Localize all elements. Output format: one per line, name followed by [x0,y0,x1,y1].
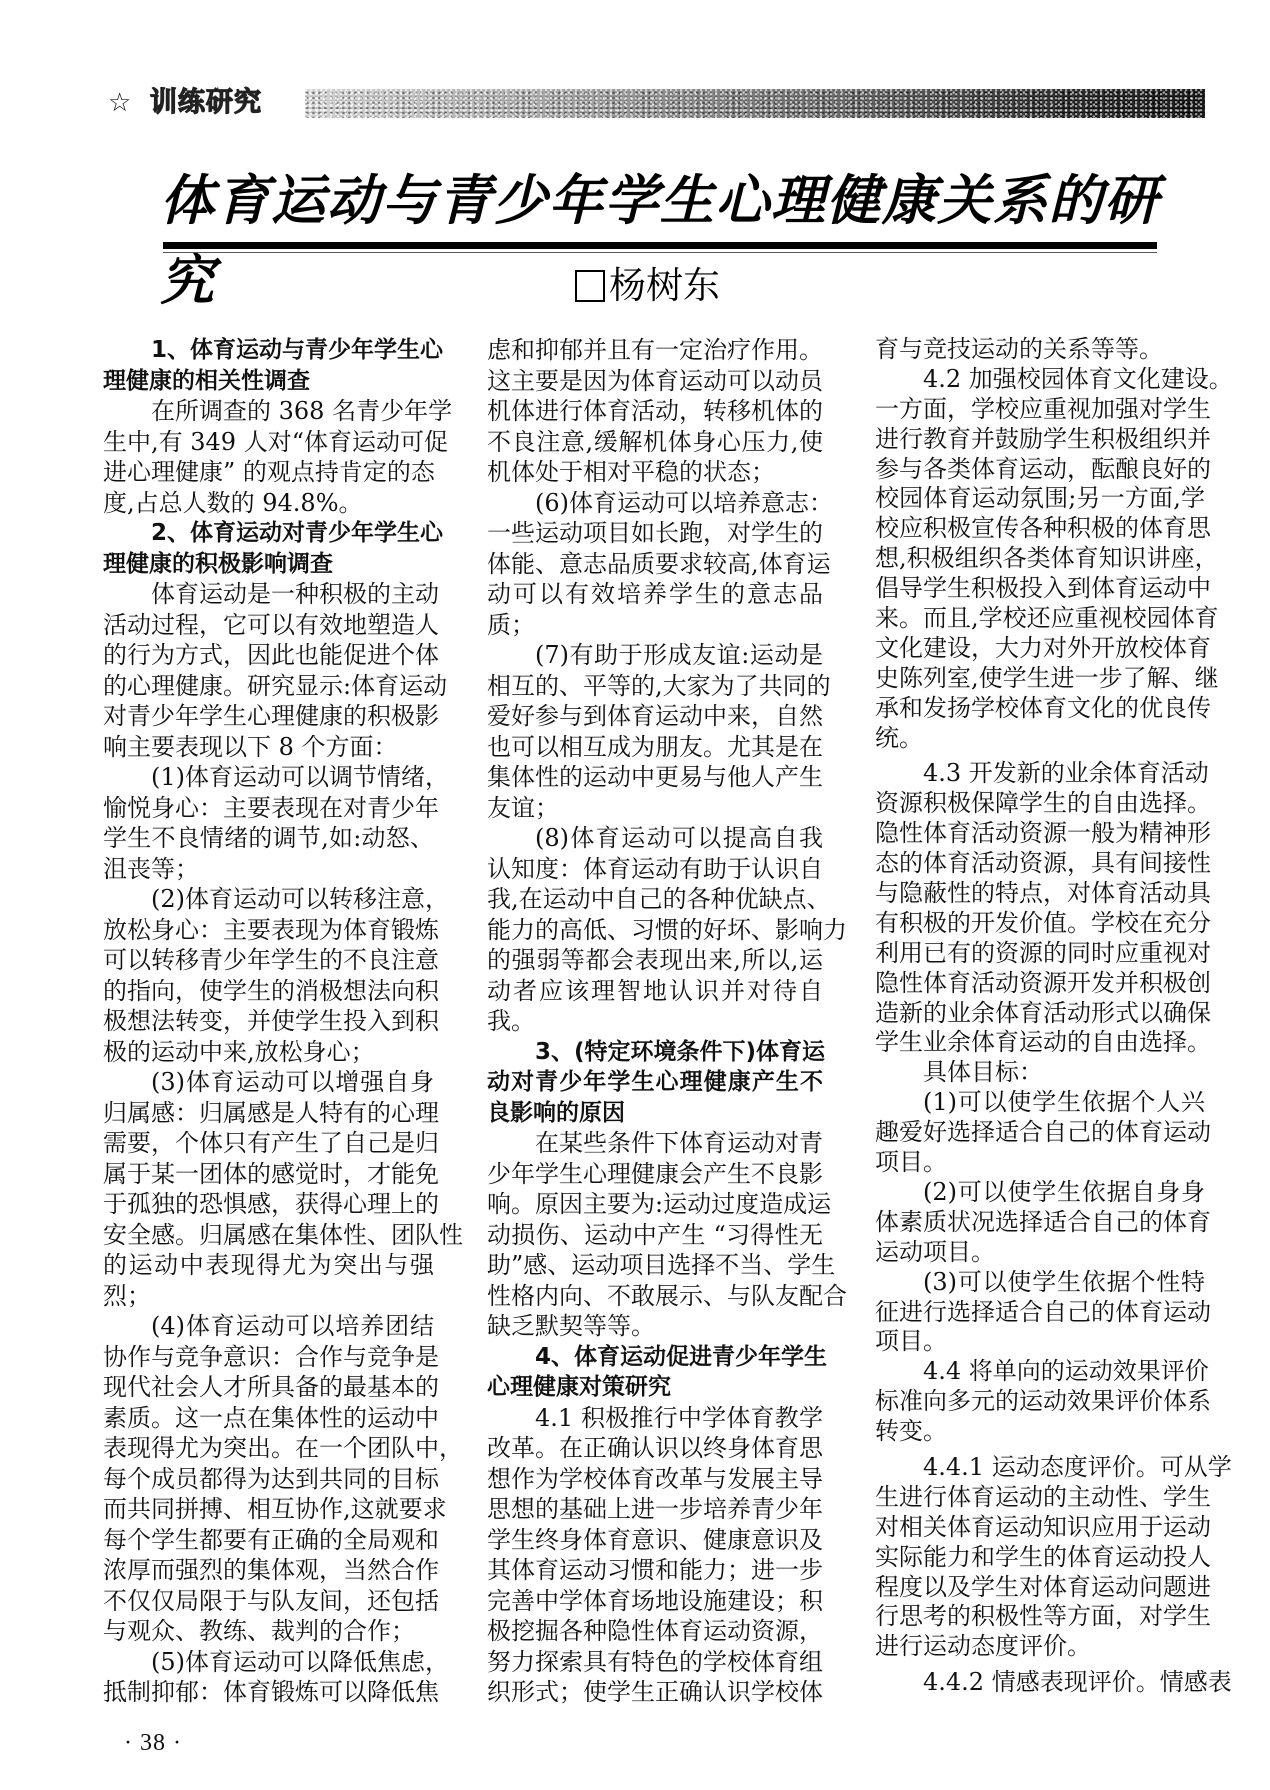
text-line: (2)体育运动可以转移注意， [103,884,434,915]
text-line: 性格内向、不敢展示、与队友配合 [487,1281,823,1312]
text-line: 造新的业余体育活动形式以确保 [875,999,1205,1029]
text-line: 的心理健康。研究显示:体育运动 [103,671,434,702]
text-line: 4.2 加强校园体育文化建设。 [875,365,1205,395]
text-line: 集体性的运动中更易与他人产生 [487,762,823,793]
text-line: 学生不良情绪的调节,如:动怒、 [103,823,434,854]
text-line: 归属感：归属感是人特有的心理 [103,1098,434,1129]
column-2: 虑和抑郁并且有一定治疗作用。这主要是因为体育运动可以动员机体进行体育活动，转移机… [487,335,823,1708]
text-line: 进行运动态度评价。 [875,1632,1205,1662]
text-line: 4.4.1 运动态度评价。可从学 [875,1453,1205,1483]
text-line: 学生终身体育意识、健康意识及 [487,1525,823,1556]
text-line: 少年学生心理健康会产生不良影 [487,1159,823,1190]
text-line: 相互的、平等的,大家为了共同的 [487,671,823,702]
title-rule-thick [163,242,1157,249]
text-line: 征进行选择适合自己的体育运动 [875,1298,1205,1328]
text-line: 现代社会人才所具备的最基本的 [103,1372,434,1403]
text-line: 质； [487,610,823,641]
text-line: 在某些条件下体育运动对青 [487,1128,823,1159]
text-line: 每个学生都要有正确的全局观和 [103,1525,434,1556]
text-line: 可以转移青少年学生的不良注意 [103,945,434,976]
page-number: · 38 · [124,1728,182,1758]
text-line: 不良注意,缓解机体身心压力,使 [487,427,823,458]
text-line: (3)体育运动可以增强自身 [103,1067,434,1098]
text-line: 需要，个体只有产生了自己是归 [103,1128,434,1159]
section-heading-line: 4、体育运动促进青少年学生 [487,1342,823,1373]
text-line: (3)可以使学生依据个性特 [875,1268,1205,1298]
text-line: 友谊； [487,793,823,824]
text-line: (1)体育运动可以调节情绪， [103,762,434,793]
text-line: 动者应该理智地认识并对待自 [487,976,823,1007]
decorative-band [305,89,1205,118]
text-line: 烈； [103,1281,434,1312]
text-line: 想作为学校体育改革与发展主导 [487,1464,823,1495]
section-heading-line: 理健康的相关性调查 [103,366,434,397]
text-line: 我,在运动中自己的各种优缺点、 [487,884,823,915]
author-line: 杨树东 [575,264,720,308]
text-line: 努力探索具有特色的学校体育组 [487,1647,823,1678]
text-line: 响主要表现以下 8 个方面： [103,732,434,763]
text-line: 浓厚而强烈的集体观，当然合作 [103,1555,434,1586]
text-line: 的行为方式，因此也能促进个体 [103,640,434,671]
text-line: 改革。在正确认识以终身体育思 [487,1433,823,1464]
text-line: 爱好参与到体育运动中来，自然 [487,701,823,732]
text-line: 极想法转变，并使学生投入到积 [103,1006,434,1037]
text-line: (8)体育运动可以提高自我 [487,823,823,854]
text-line: 的运动中表现得尤为突出与强 [103,1250,434,1281]
text-line: 具体目标： [875,1058,1205,1088]
section-heading-line: 3、(特定环境条件下)体育运 [487,1037,823,1068]
text-line: 与隐蔽性的特点，对体育活动具 [875,879,1205,909]
text-line: 一方面，学校应重视加强对学生 [875,395,1205,425]
text-line: 的强弱等都会表现出来,所以,运 [487,945,823,976]
text-line: 进心理健康” 的观点持肯定的态 [103,457,434,488]
text-line: 也可以相互成为朋友。尤其是在 [487,732,823,763]
text-line: 认知度：体育运动有助于认识自 [487,854,823,885]
text-line: 校园体育运动氛围;另一方面,学 [875,484,1205,514]
text-line: 这主要是因为体育运动可以动员 [487,366,823,397]
text-line: 4.3 开发新的业余体育活动 [875,759,1205,789]
text-line: 体育运动是一种积极的主动 [103,579,434,610]
text-line: 织形式；使学生正确认识学校体 [487,1677,823,1708]
star-icon: ☆ [108,88,131,118]
text-line: (5)体育运动可以降低焦虑， [103,1647,434,1678]
text-line: 不仅仅局限于与队友间，还包括 [103,1586,434,1617]
text-line: 对青少年学生心理健康的积极影 [103,701,434,732]
text-line: (4)体育运动可以培养团结 [103,1311,434,1342]
text-line: 项目。 [875,1327,1205,1357]
text-line: 隐性体育活动资源一般为精神形 [875,819,1205,849]
text-line: 每个成员都得为达到共同的目标 [103,1464,434,1495]
text-line: 程度以及学生对体育运动问题进 [875,1573,1205,1603]
text-line: 机体处于相对平稳的状态； [487,457,823,488]
text-line: 进行教育并鼓励学生积极组织并 [875,425,1205,455]
text-line: 表现得尤为突出。在一个团队中， [103,1433,434,1464]
text-line: 动损伤、运动中产生 “习得性无 [487,1220,823,1251]
section-heading-line: 动对青少年学生心理健康产生不 [487,1067,823,1098]
text-line: (7)有助于形成友谊:运动是 [487,640,823,671]
section-heading-line: 心理健康对策研究 [487,1372,823,1403]
text-line: 趣爱好选择适合自己的体育运动 [875,1118,1205,1148]
text-line: 素质。这一点在集体性的运动中 [103,1403,434,1434]
title-rule-thin [163,252,1157,253]
text-line: 思想的基础上进一步培养青少年 [487,1494,823,1525]
text-line: 实际能力和学生的体育运动投人 [875,1543,1205,1573]
text-line: 有积极的开发价值。学校在充分 [875,909,1205,939]
text-line: 统。 [875,724,1205,754]
section-heading-line: 良影响的原因 [487,1098,823,1129]
text-line: 愉悦身心：主要表现在对青少年 [103,793,434,824]
text-line: 的指向，使学生的消极想法向积 [103,976,434,1007]
text-line: 协作与竞争意识：合作与竞争是 [103,1342,434,1373]
text-line: 倡导学生积极投入到体育运动中 [875,574,1205,604]
text-line: 在所调查的 368 名青少年学 [103,396,434,427]
text-line: 对相关体育运动知识应用于运动 [875,1513,1205,1543]
text-line: (2)可以使学生依据自身身 [875,1178,1205,1208]
section-heading-line: 理健康的积极影响调查 [103,549,434,580]
text-line: 极的运动中来,放松身心； [103,1037,434,1068]
text-line: 助”感、运动项目选择不当、学生 [487,1250,823,1281]
text-line: 与观众、教练、裁判的合作； [103,1616,434,1647]
author-box-icon [575,270,605,302]
text-line: 来。而且,学校还应重视校园体育 [875,604,1205,634]
text-line: 项目。 [875,1148,1205,1178]
text-line: 标准向多元的运动效果评价体系 [875,1387,1205,1417]
text-line: 利用已有的资源的同时应重视对 [875,939,1205,969]
text-line: 体素质状况选择适合自己的体育 [875,1208,1205,1238]
text-line: 参与各类体育运动，酝酿良好的 [875,455,1205,485]
text-line: 4.4.2 情感表现评价。情感表 [875,1668,1205,1698]
text-line: 4.1 积极推行中学体育教学 [487,1403,823,1434]
text-line: 缺乏默契等等。 [487,1311,823,1342]
text-line: 虑和抑郁并且有一定治疗作用。 [487,335,823,366]
text-line: 承和发扬学校体育文化的优良传 [875,694,1205,724]
column-3: 育与竞技运动的关系等等。4.2 加强校园体育文化建设。一方面，学校应重视加强对学… [875,335,1205,1698]
text-line: 我。 [487,1006,823,1037]
text-line: 运动项目。 [875,1238,1205,1268]
text-line: 极挖掘各种隐性体育运动资源， [487,1616,823,1647]
section-label: 训练研究 [150,88,262,118]
text-line: 放松身心：主要表现为体育锻炼 [103,915,434,946]
text-line: 度,占总人数的 94.8%。 [103,488,434,519]
text-line: 学生业余体育运动的自由选择。 [875,1028,1205,1058]
text-line: 资源积极保障学生的自由选择。 [875,789,1205,819]
text-line: 生中,有 349 人对“体育运动可促 [103,427,434,458]
text-line: 活动过程，它可以有效地塑造人 [103,610,434,641]
text-line: 而共同拼搏、相互协作,这就要求 [103,1494,434,1525]
text-line: 沮丧等； [103,854,434,885]
column-1: 1、体育运动与青少年学生心理健康的相关性调查在所调查的 368 名青少年学生中,… [103,335,434,1708]
text-line: 属于某一团体的感觉时，才能免 [103,1159,434,1190]
section-heading-line: 2、体育运动对青少年学生心 [103,518,434,549]
text-line: 隐性体育活动资源开发并积极创 [875,969,1205,999]
text-line: 安全感。归属感在集体性、团队性 [103,1220,434,1251]
author-name: 杨树东 [609,264,720,308]
section-heading-line: 1、体育运动与青少年学生心 [103,335,434,366]
text-line: (6)体育运动可以培养意志： [487,488,823,519]
text-line: 想,积极组织各类体育知识讲座， [875,544,1205,574]
text-line: 校应积极宣传各种积极的体育思 [875,514,1205,544]
text-line: 史陈列室,使学生进一步了解、继 [875,664,1205,694]
text-line: 态的体育活动资源，具有间接性 [875,849,1205,879]
text-line: 育与竞技运动的关系等等。 [875,335,1205,365]
text-line: 动可以有效培养学生的意志品 [487,579,823,610]
text-line: 响。原因主要为:运动过度造成运 [487,1189,823,1220]
text-line: 4.4 将单向的运动效果评价 [875,1357,1205,1387]
text-line: 能力的高低、习惯的好坏、影响力 [487,915,823,946]
text-line: 其体育运动习惯和能力；进一步 [487,1555,823,1586]
text-line: 体能、意志品质要求较高,体育运 [487,549,823,580]
text-line: 行思考的积极性等方面，对学生 [875,1602,1205,1632]
article-title: 体育运动与青少年学生心理健康关系的研究 [160,160,1158,240]
text-line: 机体进行体育活动，转移机体的 [487,396,823,427]
text-line: 文化建设，大力对外开放校体育 [875,634,1205,664]
text-line: (1)可以使学生依据个人兴 [875,1088,1205,1118]
text-line: 一些运动项目如长跑，对学生的 [487,518,823,549]
text-line: 于孤独的恐惧感，获得心理上的 [103,1189,434,1220]
text-line: 完善中学体育场地设施建设；积 [487,1586,823,1617]
text-line: 生进行体育运动的主动性、学生 [875,1483,1205,1513]
text-line: 抵制抑郁：体育锻炼可以降低焦 [103,1677,434,1708]
text-line: 转变。 [875,1417,1205,1447]
